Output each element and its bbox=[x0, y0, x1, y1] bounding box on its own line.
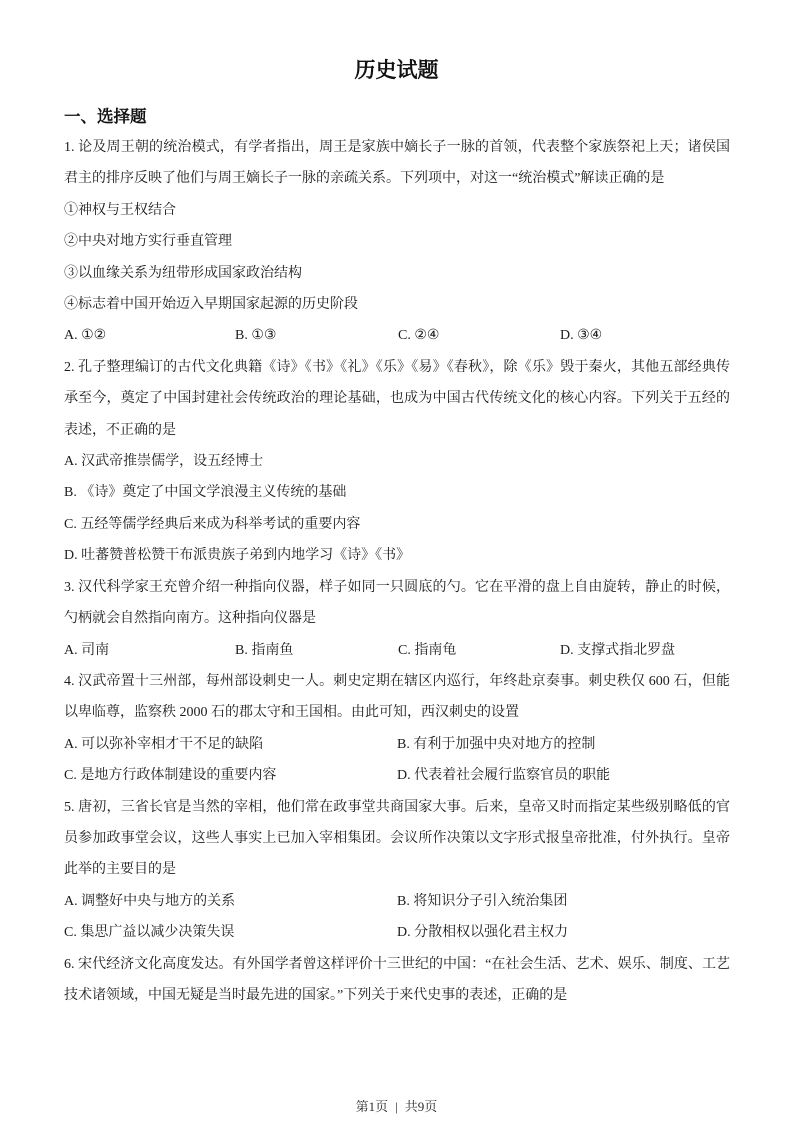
question-5-option-c: C. 集思广益以减少决策失误 bbox=[64, 917, 397, 948]
exam-page: 历史试题 一、选择题 1. 论及周王朝的统治模式，有学者指出，周王是家族中嫡长子… bbox=[0, 0, 793, 1122]
question-2-option-d: D. 吐蕃赞普松赞干布派贵族子弟到内地学习《诗》《书》 bbox=[64, 540, 730, 571]
exam-content: 1. 论及周王朝的统治模式，有学者指出，周王是家族中嫡长子一脉的首领，代表整个家… bbox=[64, 132, 730, 1011]
question-6: 6. 宋代经济文化高度发达。有外国学者曾这样评价十三世纪的中国：“在社会生活、艺… bbox=[64, 949, 730, 1012]
question-5-option-a: A. 调整好中央与地方的关系 bbox=[64, 886, 397, 917]
question-2-option-a: A. 汉武帝推崇儒学，设五经博士 bbox=[64, 446, 730, 477]
question-1-option-b: B. ①③ bbox=[235, 320, 398, 351]
question-1-options-row: A. ①② B. ①③ C. ②④ D. ③④ bbox=[64, 320, 730, 351]
question-6-stem: 6. 宋代经济文化高度发达。有外国学者曾这样评价十三世纪的中国：“在社会生活、艺… bbox=[64, 949, 730, 1012]
question-1-option-a: A. ①② bbox=[64, 320, 235, 351]
footer-total-pages: 共9页 bbox=[405, 1099, 438, 1114]
question-4: 4. 汉武帝置十三州部，每州部设刺史一人。刺史定期在辖区内巡行，年终赴京奏事。刺… bbox=[64, 666, 730, 792]
page-title: 历史试题 bbox=[0, 0, 793, 84]
question-2-option-b: B. 《诗》奠定了中国文学浪漫主义传统的基础 bbox=[64, 477, 730, 508]
question-1-option-d: D. ③④ bbox=[560, 320, 730, 351]
question-4-option-a: A. 可以弥补宰相才干不足的缺陷 bbox=[64, 729, 397, 760]
section-heading: 一、选择题 bbox=[64, 107, 729, 128]
question-4-option-b: B. 有利于加强中央对地方的控制 bbox=[397, 729, 730, 760]
question-4-option-c: C. 是地方行政体制建设的重要内容 bbox=[64, 760, 397, 791]
question-3-option-b: B. 指南鱼 bbox=[235, 635, 398, 666]
question-5-option-b: B. 将知识分子引入统治集团 bbox=[397, 886, 730, 917]
question-2: 2. 孔子整理编订的古代文化典籍《诗》《书》《礼》《乐》《易》《春秋》，除《乐》… bbox=[64, 352, 730, 572]
question-4-options-row-2: C. 是地方行政体制建设的重要内容 D. 代表着社会履行监察官员的职能 bbox=[64, 760, 730, 791]
question-3-option-c: C. 指南龟 bbox=[398, 635, 560, 666]
question-5-option-d: D. 分散相权以强化君主权力 bbox=[397, 917, 730, 948]
question-1-option-c: C. ②④ bbox=[398, 320, 560, 351]
question-3-option-a: A. 司南 bbox=[64, 635, 235, 666]
question-3-option-d: D. 支撑式指北罗盘 bbox=[560, 635, 730, 666]
question-1-subitem-3: ③以血缘关系为纽带形成国家政治结构 bbox=[64, 258, 730, 289]
question-4-options-row-1: A. 可以弥补宰相才干不足的缺陷 B. 有利于加强中央对地方的控制 bbox=[64, 729, 730, 760]
question-2-option-c: C. 五经等儒学经典后来成为科举考试的重要内容 bbox=[64, 509, 730, 540]
question-1-subitem-1: ①神权与王权结合 bbox=[64, 195, 730, 226]
footer-current-page: 第1页 bbox=[356, 1099, 389, 1114]
question-1-subitem-4: ④标志着中国开始迈入早期国家起源的历史阶段 bbox=[64, 289, 730, 320]
page-footer: 第1页|共9页 bbox=[0, 1098, 793, 1115]
question-4-option-d: D. 代表着社会履行监察官员的职能 bbox=[397, 760, 730, 791]
question-1-subitem-2: ②中央对地方实行垂直管理 bbox=[64, 226, 730, 257]
question-2-stem: 2. 孔子整理编订的古代文化典籍《诗》《书》《礼》《乐》《易》《春秋》，除《乐》… bbox=[64, 352, 730, 446]
question-5-options-row-1: A. 调整好中央与地方的关系 B. 将知识分子引入统治集团 bbox=[64, 886, 730, 917]
question-1: 1. 论及周王朝的统治模式，有学者指出，周王是家族中嫡长子一脉的首领，代表整个家… bbox=[64, 132, 730, 352]
question-3: 3. 汉代科学家王充曾介绍一种指向仪器，样子如同一只圆底的勺。它在平滑的盘上自由… bbox=[64, 572, 730, 666]
question-5-options-row-2: C. 集思广益以减少决策失误 D. 分散相权以强化君主权力 bbox=[64, 917, 730, 948]
question-5: 5. 唐初，三省长官是当然的宰相，他们常在政事堂共商国家大事。后来，皇帝又时而指… bbox=[64, 792, 730, 949]
question-5-stem: 5. 唐初，三省长官是当然的宰相，他们常在政事堂共商国家大事。后来，皇帝又时而指… bbox=[64, 792, 730, 886]
question-4-stem: 4. 汉武帝置十三州部，每州部设刺史一人。刺史定期在辖区内巡行，年终赴京奏事。刺… bbox=[64, 666, 730, 729]
question-1-stem: 1. 论及周王朝的统治模式，有学者指出，周王是家族中嫡长子一脉的首领，代表整个家… bbox=[64, 132, 730, 195]
footer-separator: | bbox=[395, 1098, 398, 1115]
question-3-stem: 3. 汉代科学家王充曾介绍一种指向仪器，样子如同一只圆底的勺。它在平滑的盘上自由… bbox=[64, 572, 730, 635]
question-3-options-row: A. 司南 B. 指南鱼 C. 指南龟 D. 支撑式指北罗盘 bbox=[64, 635, 730, 666]
